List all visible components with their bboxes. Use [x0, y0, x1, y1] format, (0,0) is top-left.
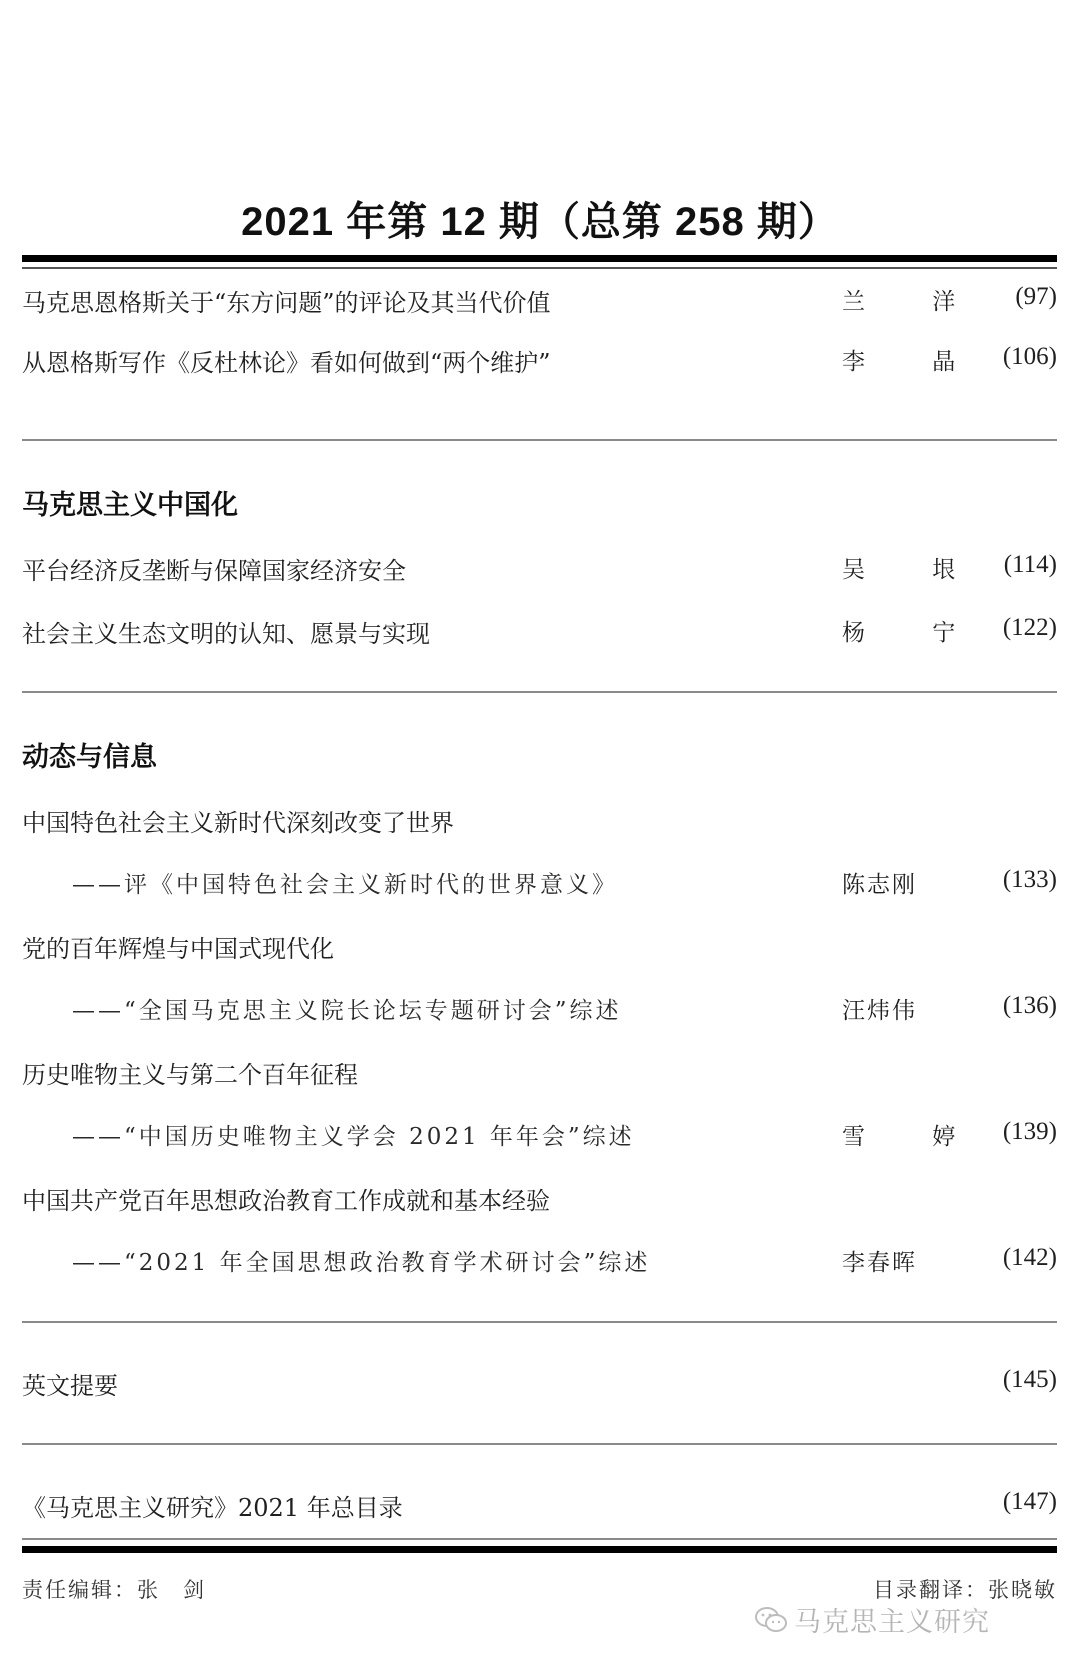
toc-entry[interactable]: 从恩格斯写作《反杜林论》看如何做到“两个维护” 李 晶 (106)	[22, 343, 1057, 379]
issue-title: 2021 年第 12 期（总第 258 期）	[0, 190, 1080, 247]
wechat-icon	[754, 1606, 788, 1634]
entry-subtitle: ——“中国历史唯物主义学会 2021 年年会”综述	[72, 1118, 635, 1151]
toc-entry-title-line[interactable]: 中国共产党百年思想政治教育工作成就和基本经验	[22, 1181, 1057, 1217]
toc-entry-subtitle-line[interactable]: ——“全国马克思主义院长论坛专题研讨会”综述 汪炜伟 (136)	[22, 992, 1057, 1028]
entry-page: (147)	[1003, 1488, 1057, 1516]
entry-title: 中国特色社会主义新时代深刻改变了世界	[22, 803, 454, 838]
section-divider	[22, 1321, 1057, 1323]
toc-entry[interactable]: 平台经济反垄断与保障国家经济安全 吴 垠 (114)	[22, 551, 1057, 587]
toc-entry[interactable]: 马克思恩格斯关于“东方问题”的评论及其当代价值 兰 洋 (97)	[22, 283, 1057, 319]
entry-subtitle: ——“2021 年全国思想政治教育学术研讨会”综述	[72, 1244, 650, 1277]
watermark-text: 马克思主义研究	[794, 1600, 990, 1639]
toc-entry-title-line[interactable]: 党的百年辉煌与中国式现代化	[22, 929, 1057, 965]
entry-author: 陈志刚	[842, 866, 962, 899]
entry-page: (145)	[1003, 1366, 1057, 1394]
toc-entry[interactable]: 社会主义生态文明的认知、愿景与实现 杨 宁 (122)	[22, 614, 1057, 650]
top-thin-rule	[22, 267, 1057, 269]
entry-page: (97)	[1015, 283, 1057, 311]
bottom-thick-rule	[22, 1546, 1057, 1553]
entry-page: (114)	[1004, 551, 1057, 579]
entry-title: 历史唯物主义与第二个百年征程	[22, 1055, 358, 1090]
entry-author: 汪炜伟	[842, 992, 962, 1025]
entry-title: 中国共产党百年思想政治教育工作成就和基本经验	[22, 1181, 550, 1216]
toc-entry-subtitle-line[interactable]: ——“2021 年全国思想政治教育学术研讨会”综述 李春晖 (142)	[22, 1244, 1057, 1280]
section-heading: 动态与信息	[22, 735, 157, 774]
toc-entry-title-line[interactable]: 历史唯物主义与第二个百年征程	[22, 1055, 1057, 1091]
entry-title: 党的百年辉煌与中国式现代化	[22, 929, 334, 964]
watermark: 马克思主义研究	[754, 1600, 990, 1639]
toc-entry[interactable]: 英文提要 (145)	[22, 1366, 1057, 1402]
entry-title: 平台经济反垄断与保障国家经济安全	[22, 551, 406, 586]
entry-title: 马克思恩格斯关于“东方问题”的评论及其当代价值	[22, 283, 551, 318]
entry-author: 杨 宁	[842, 614, 962, 647]
entry-title: 从恩格斯写作《反杜林论》看如何做到“两个维护”	[22, 343, 551, 378]
entry-page: (142)	[1003, 1244, 1057, 1272]
entry-page: (122)	[1003, 614, 1057, 642]
entry-page: (139)	[1003, 1118, 1057, 1146]
toc-entry-subtitle-line[interactable]: ——“中国历史唯物主义学会 2021 年年会”综述 雪 婷 (139)	[22, 1118, 1057, 1154]
bottom-thin-rule	[22, 1538, 1057, 1540]
entry-author: 兰 洋	[842, 283, 962, 316]
toc-entry-title-line[interactable]: 中国特色社会主义新时代深刻改变了世界	[22, 803, 1057, 839]
entry-subtitle: ——“全国马克思主义院长论坛专题研讨会”综述	[72, 992, 622, 1025]
entry-title: 社会主义生态文明的认知、愿景与实现	[22, 614, 430, 649]
top-thick-rule	[22, 255, 1057, 262]
entry-author: 李 晶	[842, 343, 962, 376]
section-divider	[22, 1443, 1057, 1445]
entry-title: 英文提要	[22, 1366, 118, 1401]
section-heading: 马克思主义中国化	[22, 483, 238, 522]
editor-credit: 责任编辑：张 剑	[22, 1574, 206, 1604]
entry-page: (106)	[1003, 343, 1057, 371]
entry-author: 吴 垠	[842, 551, 962, 584]
section-divider	[22, 691, 1057, 693]
entry-author: 李春晖	[842, 1244, 962, 1277]
toc-entry-subtitle-line[interactable]: ——评《中国特色社会主义新时代的世界意义》 陈志刚 (133)	[22, 866, 1057, 902]
entry-author: 雪 婷	[842, 1118, 962, 1151]
entry-title: 《马克思主义研究》2021 年总目录	[22, 1488, 403, 1523]
entry-subtitle: ——评《中国特色社会主义新时代的世界意义》	[72, 866, 618, 899]
toc-entry[interactable]: 《马克思主义研究》2021 年总目录 (147)	[22, 1488, 1057, 1524]
entry-page: (136)	[1003, 992, 1057, 1020]
entry-page: (133)	[1003, 866, 1057, 894]
section-divider	[22, 439, 1057, 441]
